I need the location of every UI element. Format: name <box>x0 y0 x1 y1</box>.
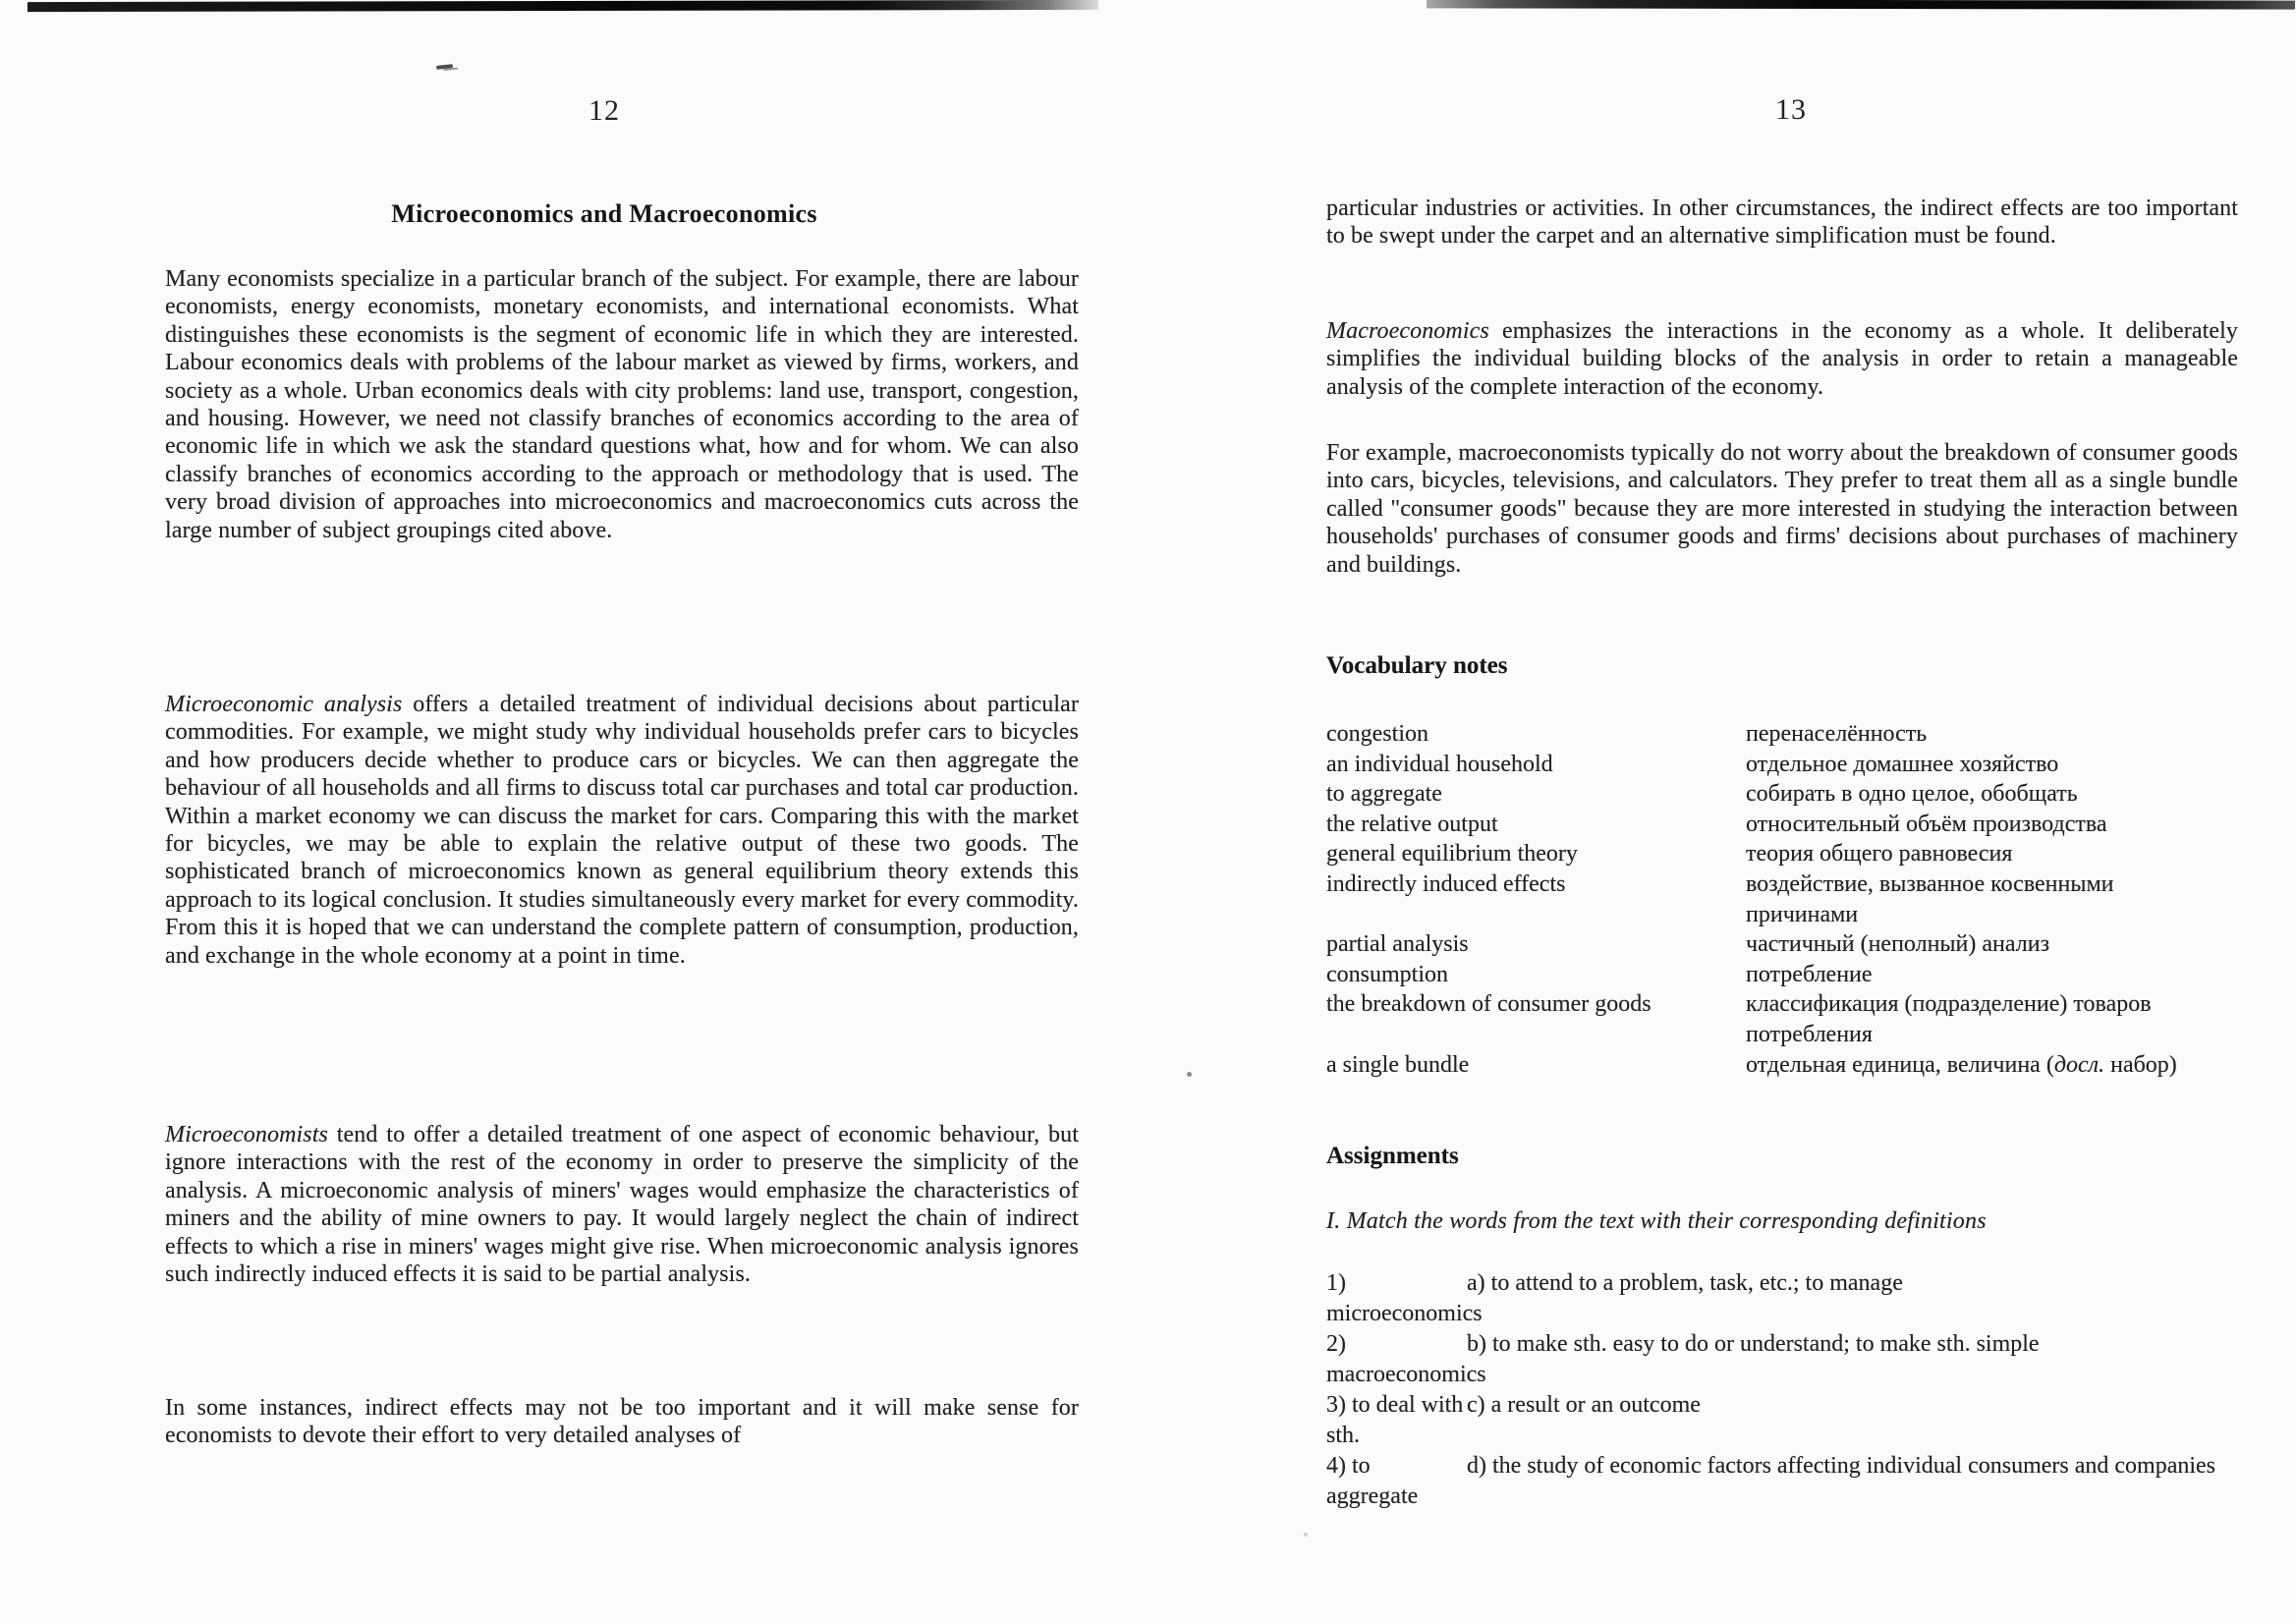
paragraph-text: offers a detailed treatment of individua… <box>165 692 1079 969</box>
vocab-row: congestion перенаселённость <box>1326 719 2238 750</box>
match-row: 4) to aggregate d) the study of economic… <box>1326 1451 2238 1512</box>
assignment-instruction: I. Match the words from the text with th… <box>1326 1208 2238 1235</box>
vocab-row: consumption потребление <box>1326 960 2238 990</box>
vocab-term-en: congestion <box>1326 719 1746 750</box>
vocab-term-en: the relative output <box>1326 810 1746 840</box>
vocab-row: partial analysis частичный (неполный) ан… <box>1326 929 2238 960</box>
vocab-translation-ru: отдельная единица, величина (досл. набор… <box>1746 1050 2193 1081</box>
vocab-term-en: general equilibrium theory <box>1326 839 1746 869</box>
matching-exercise: 1) microeconomics a) to attend to a prob… <box>1326 1268 2238 1512</box>
left-page-title-row: Microeconomics and Macroeconomics <box>147 199 1061 229</box>
left-page-folio: 12 <box>147 94 1061 128</box>
match-row: 3) to deal with sth. c) a result or an o… <box>1326 1390 2238 1451</box>
vocab-translation-ru: относительный объём производства <box>1746 810 2193 840</box>
vocab-translation-ru: собирать в одно целое, обобщать <box>1746 779 2193 810</box>
paragraph-lead-italic: Macroeconomics <box>1326 318 1489 344</box>
paragraph-intro: Many economists specialize in a particul… <box>165 265 1079 544</box>
page-number-12: 12 <box>147 94 1061 128</box>
paragraph-particular-industries: particular industries or activities. In … <box>1326 195 2238 251</box>
vocab-row: the breakdown of consumer goods классифи… <box>1326 989 2238 1049</box>
vocab-term-en: indirectly induced effects <box>1326 869 1746 900</box>
right-page-folio: 13 <box>1335 93 2247 127</box>
vocab-translation-ru: воздействие, вызванное косвенными причин… <box>1746 869 2193 929</box>
paragraph-text: For example, macroeconomists typically d… <box>1326 440 2238 578</box>
paragraph-text: Many economists specialize in a particul… <box>165 266 1079 543</box>
vocab-row: to aggregate собирать в одно целое, обоб… <box>1326 779 2238 810</box>
vocab-term-en: a single bundle <box>1326 1050 1746 1081</box>
vocab-term-en: to aggregate <box>1326 779 1746 810</box>
paragraph-microeconomists: Microeconomists tend to offer a detailed… <box>165 1121 1079 1288</box>
paragraph-in-some-instances: In some instances, indirect effects may … <box>165 1394 1079 1450</box>
match-definition: d) the study of economic factors affecti… <box>1467 1451 2238 1482</box>
vocabulary-notes-heading: Vocabulary notes <box>1326 652 2238 680</box>
paragraph-microeconomic-analysis: Microeconomic analysis offers a detailed… <box>165 691 1079 970</box>
scan-speck-artifact <box>1304 1533 1308 1537</box>
vocab-translation-ru: теория общего равновесия <box>1746 839 2193 869</box>
vocab-translation-ru: потребление <box>1746 960 2193 990</box>
paragraph-macroeconomics: Macroeconomics emphasizes the interactio… <box>1326 317 2238 401</box>
vocab-ru-literal-marker: досл. <box>2054 1052 2104 1078</box>
paragraph-text: In some instances, indirect effects may … <box>165 1395 1079 1448</box>
vocab-ru-suffix: набор) <box>2104 1052 2177 1078</box>
scan-dash-artifact <box>436 64 453 70</box>
paragraph-for-example: For example, macroeconomists typically d… <box>1326 439 2238 579</box>
match-definition: b) to make sth. easy to do or understand… <box>1467 1329 2238 1360</box>
vocab-row: an individual household отдельное домашн… <box>1326 750 2238 780</box>
vocab-row: the relative output относительный объём … <box>1326 810 2238 840</box>
match-row: 2) macroeconomics b) to make sth. easy t… <box>1326 1329 2238 1390</box>
vocabulary-list: congestion перенаселённость an individua… <box>1326 719 2238 1080</box>
vocab-row: indirectly induced effects воздействие, … <box>1326 869 2238 929</box>
vocab-term-en: consumption <box>1326 960 1746 990</box>
match-term: 3) to deal with sth. <box>1326 1390 1467 1451</box>
paragraph-lead-italic: Microeconomists <box>165 1122 328 1148</box>
match-term: 1) microeconomics <box>1326 1268 1467 1329</box>
match-definition: a) to attend to a problem, task, etc.; t… <box>1467 1268 2238 1299</box>
vocab-row: general equilibrium theory теория общего… <box>1326 839 2238 869</box>
vocab-term-en: partial analysis <box>1326 929 1746 960</box>
scan-dot-artifact <box>1187 1072 1192 1077</box>
match-row: 1) microeconomics a) to attend to a prob… <box>1326 1268 2238 1329</box>
scan-edge-bar-right <box>1427 0 2295 10</box>
page-title: Microeconomics and Macroeconomics <box>147 199 1061 229</box>
match-definition: c) a result or an outcome <box>1467 1390 2238 1421</box>
scanned-book-spread: 12 Microeconomics and Macroeconomics Man… <box>0 0 2296 1624</box>
vocab-row: a single bundle отдельная единица, велич… <box>1326 1050 2238 1081</box>
assignments-heading: Assignments <box>1326 1143 2238 1170</box>
vocab-translation-ru: перенаселённость <box>1746 719 2193 750</box>
scan-edge-bar-left <box>28 0 1098 12</box>
vocab-translation-ru: частичный (неполный) анализ <box>1746 929 2193 960</box>
paragraph-text: particular industries or activities. In … <box>1326 196 2238 249</box>
page-number-13: 13 <box>1335 93 2247 127</box>
vocab-term-en: the breakdown of consumer goods <box>1326 989 1746 1020</box>
paragraph-lead-italic: Microeconomic analysis <box>165 692 402 717</box>
vocab-translation-ru: отдельное домашнее хозяйство <box>1746 750 2193 780</box>
match-term: 2) macroeconomics <box>1326 1329 1467 1390</box>
vocab-ru-prefix: отдельная единица, величина ( <box>1746 1052 2054 1078</box>
vocab-translation-ru: классификация (подразделение) товаров по… <box>1746 989 2193 1049</box>
match-term: 4) to aggregate <box>1326 1451 1467 1512</box>
vocab-term-en: an individual household <box>1326 750 1746 780</box>
